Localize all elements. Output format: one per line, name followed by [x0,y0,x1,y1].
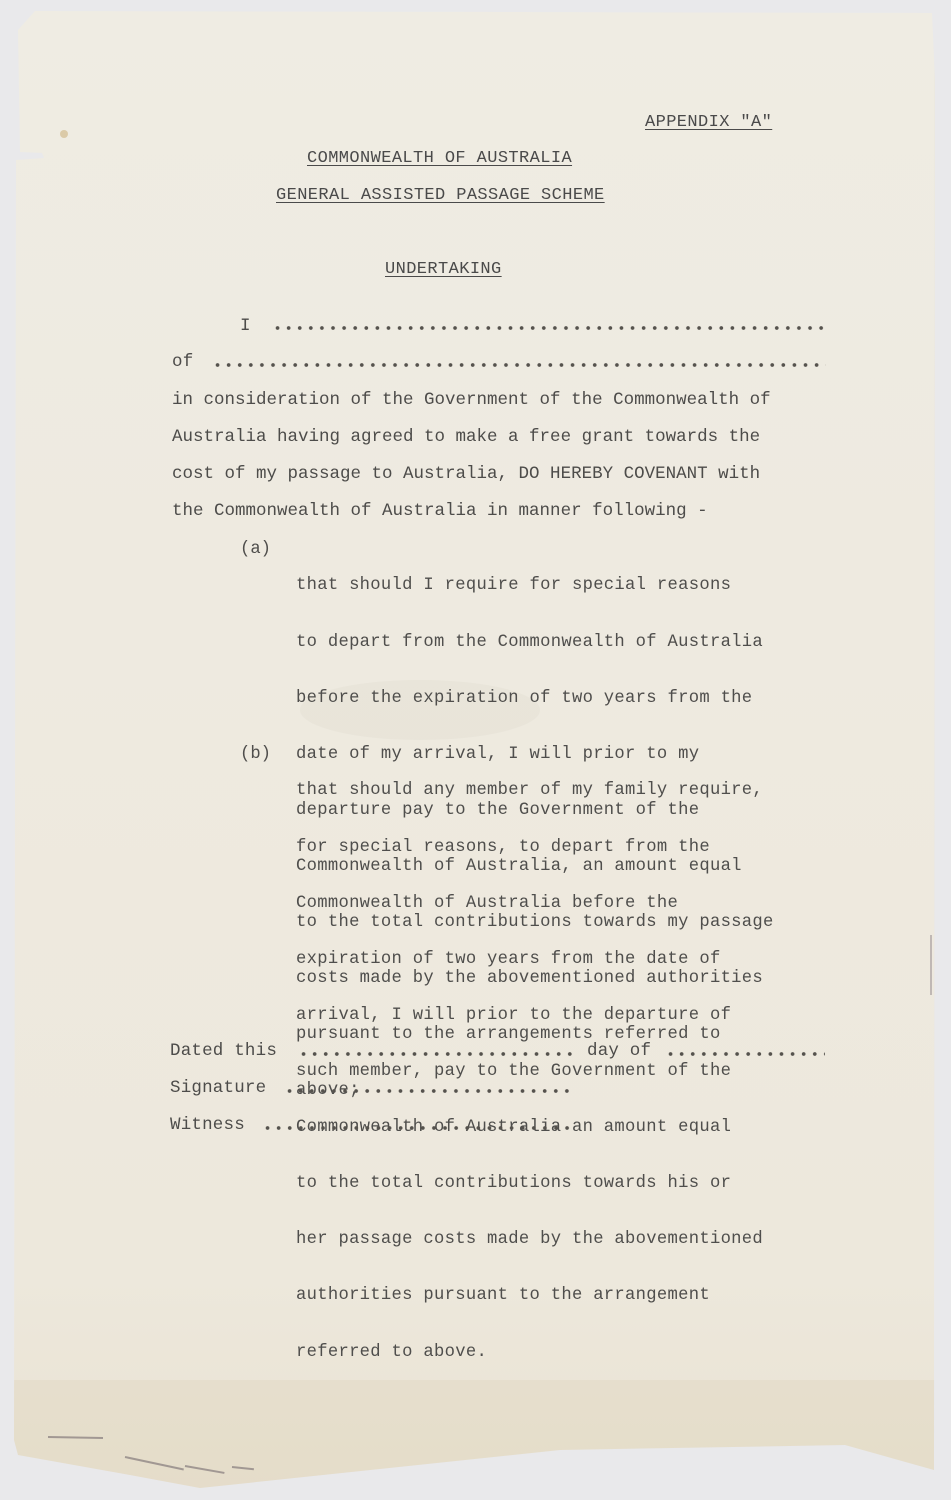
edge-mark [930,935,932,995]
signature-field-dots[interactable] [284,1087,574,1095]
body-line: cost of my passage to Australia, DO HERE… [172,464,760,484]
ink-mark [125,1456,184,1470]
appendix-label: APPENDIX "A" [645,114,772,131]
address-label: of [172,354,193,372]
clause-line: to depart from the Commonwealth of Austr… [296,634,774,653]
name-field-dots[interactable] [272,324,826,332]
clause-b-label: (b) [240,745,271,764]
clause-line: her passage costs made by the abovementi… [296,1231,763,1250]
title-scheme: GENERAL ASSISTED PASSAGE SCHEME [276,187,605,204]
clause-line: that should I require for special reason… [296,577,774,596]
paper-edge-shadow [934,15,938,1470]
clause-line: to the total contributions towards his o… [296,1175,763,1194]
witness-field-dots[interactable] [262,1124,574,1132]
body-line: the Commonwealth of Australia in manner … [172,501,708,521]
clause-line: that should any member of my family requ… [296,782,763,801]
body-line: Australia having agreed to make a free g… [172,427,760,447]
ink-mark [232,1466,254,1470]
clause-line: authorities pursuant to the arrangement [296,1287,763,1306]
clause-line: before the expiration of two years from … [296,690,774,709]
paper-sheet: APPENDIX "A" COMMONWEALTH OF AUSTRALIA G… [0,0,951,1500]
ink-mark [48,1436,103,1439]
heading-undertaking: UNDERTAKING [385,261,502,278]
clause-b-text: that should any member of my family requ… [296,745,763,1400]
date-day-field-dots[interactable] [298,1050,576,1058]
date-month-field-dots[interactable] [665,1050,825,1058]
clause-line: referred to above. [296,1344,763,1363]
paper-stain [60,130,68,138]
day-of-label: day of [587,1043,651,1061]
clause-line: such member, pay to the Government of th… [296,1063,763,1082]
name-label: I [240,318,251,336]
title-commonwealth: COMMONWEALTH OF AUSTRALIA [307,150,572,167]
clause-a-label: (a) [240,540,271,559]
witness-label: Witness [170,1117,245,1135]
dated-label: Dated this [170,1043,277,1061]
clause-line: Commonwealth of Australia before the [296,895,763,914]
ink-mark [185,1465,225,1474]
signature-label: Signature [170,1080,266,1098]
body-line: in consideration of the Government of th… [172,390,771,410]
address-field-dots[interactable] [212,361,826,369]
clause-line: expiration of two years from the date of [296,951,763,970]
clause-line: for special reasons, to depart from the [296,839,763,858]
clause-line: arrival, I will prior to the departure o… [296,1007,763,1026]
